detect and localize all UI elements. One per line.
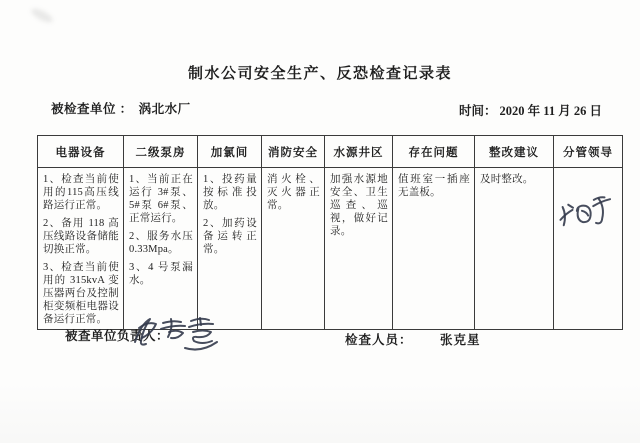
cell-chlorination-item-2: 2、加药设备运转正常。 — [203, 217, 257, 256]
cell-chlorination-item-1: 1、投药量按标准投放。 — [203, 173, 257, 212]
cell-problems-text: 值班室一插座无盖板。 — [398, 173, 470, 199]
cell-suggestions: 及时整改。 — [475, 168, 554, 330]
cell-electrical: 1、检查当前使用的115高压线路运行正常。 2、备用 118 高压线路设备储能切… — [38, 168, 124, 330]
cell-problems: 值班室一插座无盖板。 — [393, 168, 475, 330]
document-page: 制水公司安全生产、反恐检查记录表 被检查单位 ：涡北水厂 时间：2020 年 1… — [0, 0, 640, 443]
table-header: 电器设备 二级泵房 加氯间 消防安全 水源井区 存在问题 整改建议 分管领导 — [38, 136, 623, 168]
scan-smudge-artifact — [29, 6, 54, 25]
cell-electrical-item-1: 1、检查当前使用的115高压线路运行正常。 — [43, 173, 119, 212]
col-header-chlorination: 加氯间 — [198, 136, 262, 168]
cell-chlorination: 1、投药量按标准投放。 2、加药设备运转正常。 — [198, 168, 262, 330]
time-value: 2020 年 11 月 26 日 — [500, 104, 602, 118]
inspected-unit-value: 涡北水厂 — [139, 102, 191, 116]
cell-leader-signature — [554, 168, 623, 330]
inspection-time: 时间：2020 年 11 月 26 日 — [459, 101, 602, 119]
cell-pump-room: 1、当前正在运行 3#泵、5#泵 6#泵、正常运行。 2、服务水压 0.33Mp… — [124, 168, 198, 330]
inspected-unit-label: 被检查单位 ： — [51, 102, 133, 116]
cell-fire-safety: 消火栓、灭火器正常。 — [262, 168, 325, 330]
leader-signature-handwriting — [550, 185, 623, 244]
cell-pump-room-item-3: 3、4 号泵漏水。 — [129, 261, 193, 287]
table-body: 1、检查当前使用的115高压线路运行正常。 2、备用 118 高压线路设备储能切… — [38, 168, 623, 330]
col-header-electrical: 电器设备 — [38, 136, 124, 168]
cell-well-area: 加强水源地安全、卫生巡查、巡视，做好记录。 — [325, 168, 393, 330]
responsible-signature-handwriting — [127, 312, 223, 354]
col-header-problems: 存在问题 — [393, 136, 475, 168]
cell-fire-safety-text: 消火栓、灭火器正常。 — [267, 173, 320, 212]
inspection-table: 电器设备 二级泵房 加氯间 消防安全 水源井区 存在问题 整改建议 分管领导 1… — [37, 135, 623, 330]
table-body-row: 1、检查当前使用的115高压线路运行正常。 2、备用 118 高压线路设备储能切… — [38, 168, 623, 330]
cell-pump-room-item-1: 1、当前正在运行 3#泵、5#泵 6#泵、正常运行。 — [129, 173, 193, 225]
cell-electrical-item-2: 2、备用 118 高压线路设备储能切换正常。 — [43, 217, 119, 256]
inspected-unit: 被检查单位 ：涡北水厂 — [51, 99, 191, 117]
cell-suggestions-text: 及时整改。 — [480, 173, 549, 186]
col-header-fire-safety: 消防安全 — [262, 136, 325, 168]
cell-electrical-item-3: 3、检查当前使用的 315kvA 变压器两台及控制柜变频柜电器设备运行正常。 — [43, 261, 119, 326]
cell-pump-room-item-2: 2、服务水压 0.33Mpa。 — [129, 230, 193, 256]
table-header-row: 电器设备 二级泵房 加氯间 消防安全 水源井区 存在问题 整改建议 分管领导 — [38, 136, 623, 168]
scan-edge-shading — [0, 383, 640, 443]
page-title: 制水公司安全生产、反恐检查记录表 — [0, 62, 640, 83]
time-label: 时间： — [459, 104, 497, 118]
col-header-pump-room: 二级泵房 — [124, 136, 198, 168]
inspector-label: 检查人员： — [345, 330, 413, 348]
cell-well-area-text: 加强水源地安全、卫生巡查、巡视，做好记录。 — [330, 173, 388, 238]
inspector-name: 张克星 — [440, 330, 481, 348]
col-header-suggestions: 整改建议 — [475, 136, 554, 168]
col-header-well-area: 水源井区 — [325, 136, 393, 168]
col-header-leader: 分管领导 — [554, 136, 623, 168]
